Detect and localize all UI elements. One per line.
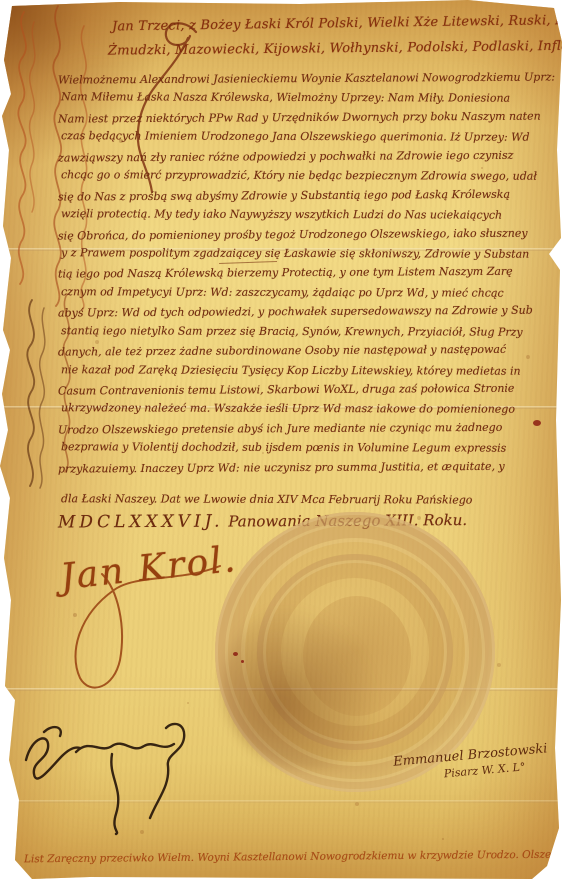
paper-speckles bbox=[0, 0, 2, 2]
body-line: się Obrońca, do pomienioney prośby tegoż… bbox=[58, 223, 558, 245]
letter-body: Wielmożnemu Alexandrowi Jasienieckiemu W… bbox=[58, 69, 558, 534]
body-line: wzięli protectią. My tedy iako Naywyższy… bbox=[61, 204, 558, 225]
seal-shadow bbox=[222, 600, 392, 770]
body-line: danych, ale też przez żadne subordinowan… bbox=[58, 340, 558, 362]
archival-docket-line: List Zaręczny przeciwko Wielm. Woyni Kas… bbox=[24, 849, 552, 866]
body-line: cznym od Impetycyi Uprz: Wd: zaszczycamy… bbox=[61, 282, 558, 303]
ink-blot bbox=[533, 420, 541, 426]
body-line: nie kazał pod Zaręką Dziesięciu Tysięcy … bbox=[61, 360, 558, 381]
body-line: stantią iego nietylko Sam przez się Brac… bbox=[61, 321, 558, 342]
roman-numeral-year: MDCLXXXVIJ. bbox=[58, 511, 224, 532]
body-line: chcąc go o śmierć przyprowadzić, Który n… bbox=[61, 165, 558, 186]
docket-signature bbox=[16, 702, 246, 837]
parchment-sheet: Jan Trzeci, z Bożey Łaski Król Polski, W… bbox=[0, 0, 562, 879]
royal-signature-flourish bbox=[40, 556, 240, 701]
body-line: czas będących Imieniem Urodzonego Jana O… bbox=[61, 127, 558, 148]
wax-speck bbox=[233, 652, 238, 656]
body-line: Nam Miłemu Łaska Nasza Królewska, Wielmo… bbox=[61, 88, 558, 109]
body-line: abyś Uprz: Wd od tych odpowiedzi, y poch… bbox=[58, 301, 558, 323]
body-line: zawziąwszy nań zły raniec różne odpowied… bbox=[58, 145, 558, 167]
body-line: bezprawia y Violentij dochodził, sub ijs… bbox=[61, 438, 558, 459]
body-line: ukrzywdzoney należeć ma. Wszakże ieśli U… bbox=[61, 399, 558, 420]
body-line: tią iego pod Naszą Królewską bierzemy Pr… bbox=[58, 262, 558, 284]
dating-clause-line: dla Łaski Naszey. Dat we Lwowie dnia XIV… bbox=[61, 489, 558, 510]
body-line: się do Nas z prośbą swą abyśmy Zdrowie y… bbox=[58, 184, 558, 206]
margin-note-column bbox=[6, 8, 42, 288]
body-line: przykazuiemy. Inaczey Uprz Wd: nie uczyn… bbox=[58, 456, 558, 478]
manuscript-scan: Jan Trzeci, z Bożey Łaski Król Polski, W… bbox=[0, 0, 562, 879]
margin-note-column bbox=[12, 296, 54, 491]
wax-speck bbox=[241, 660, 244, 663]
